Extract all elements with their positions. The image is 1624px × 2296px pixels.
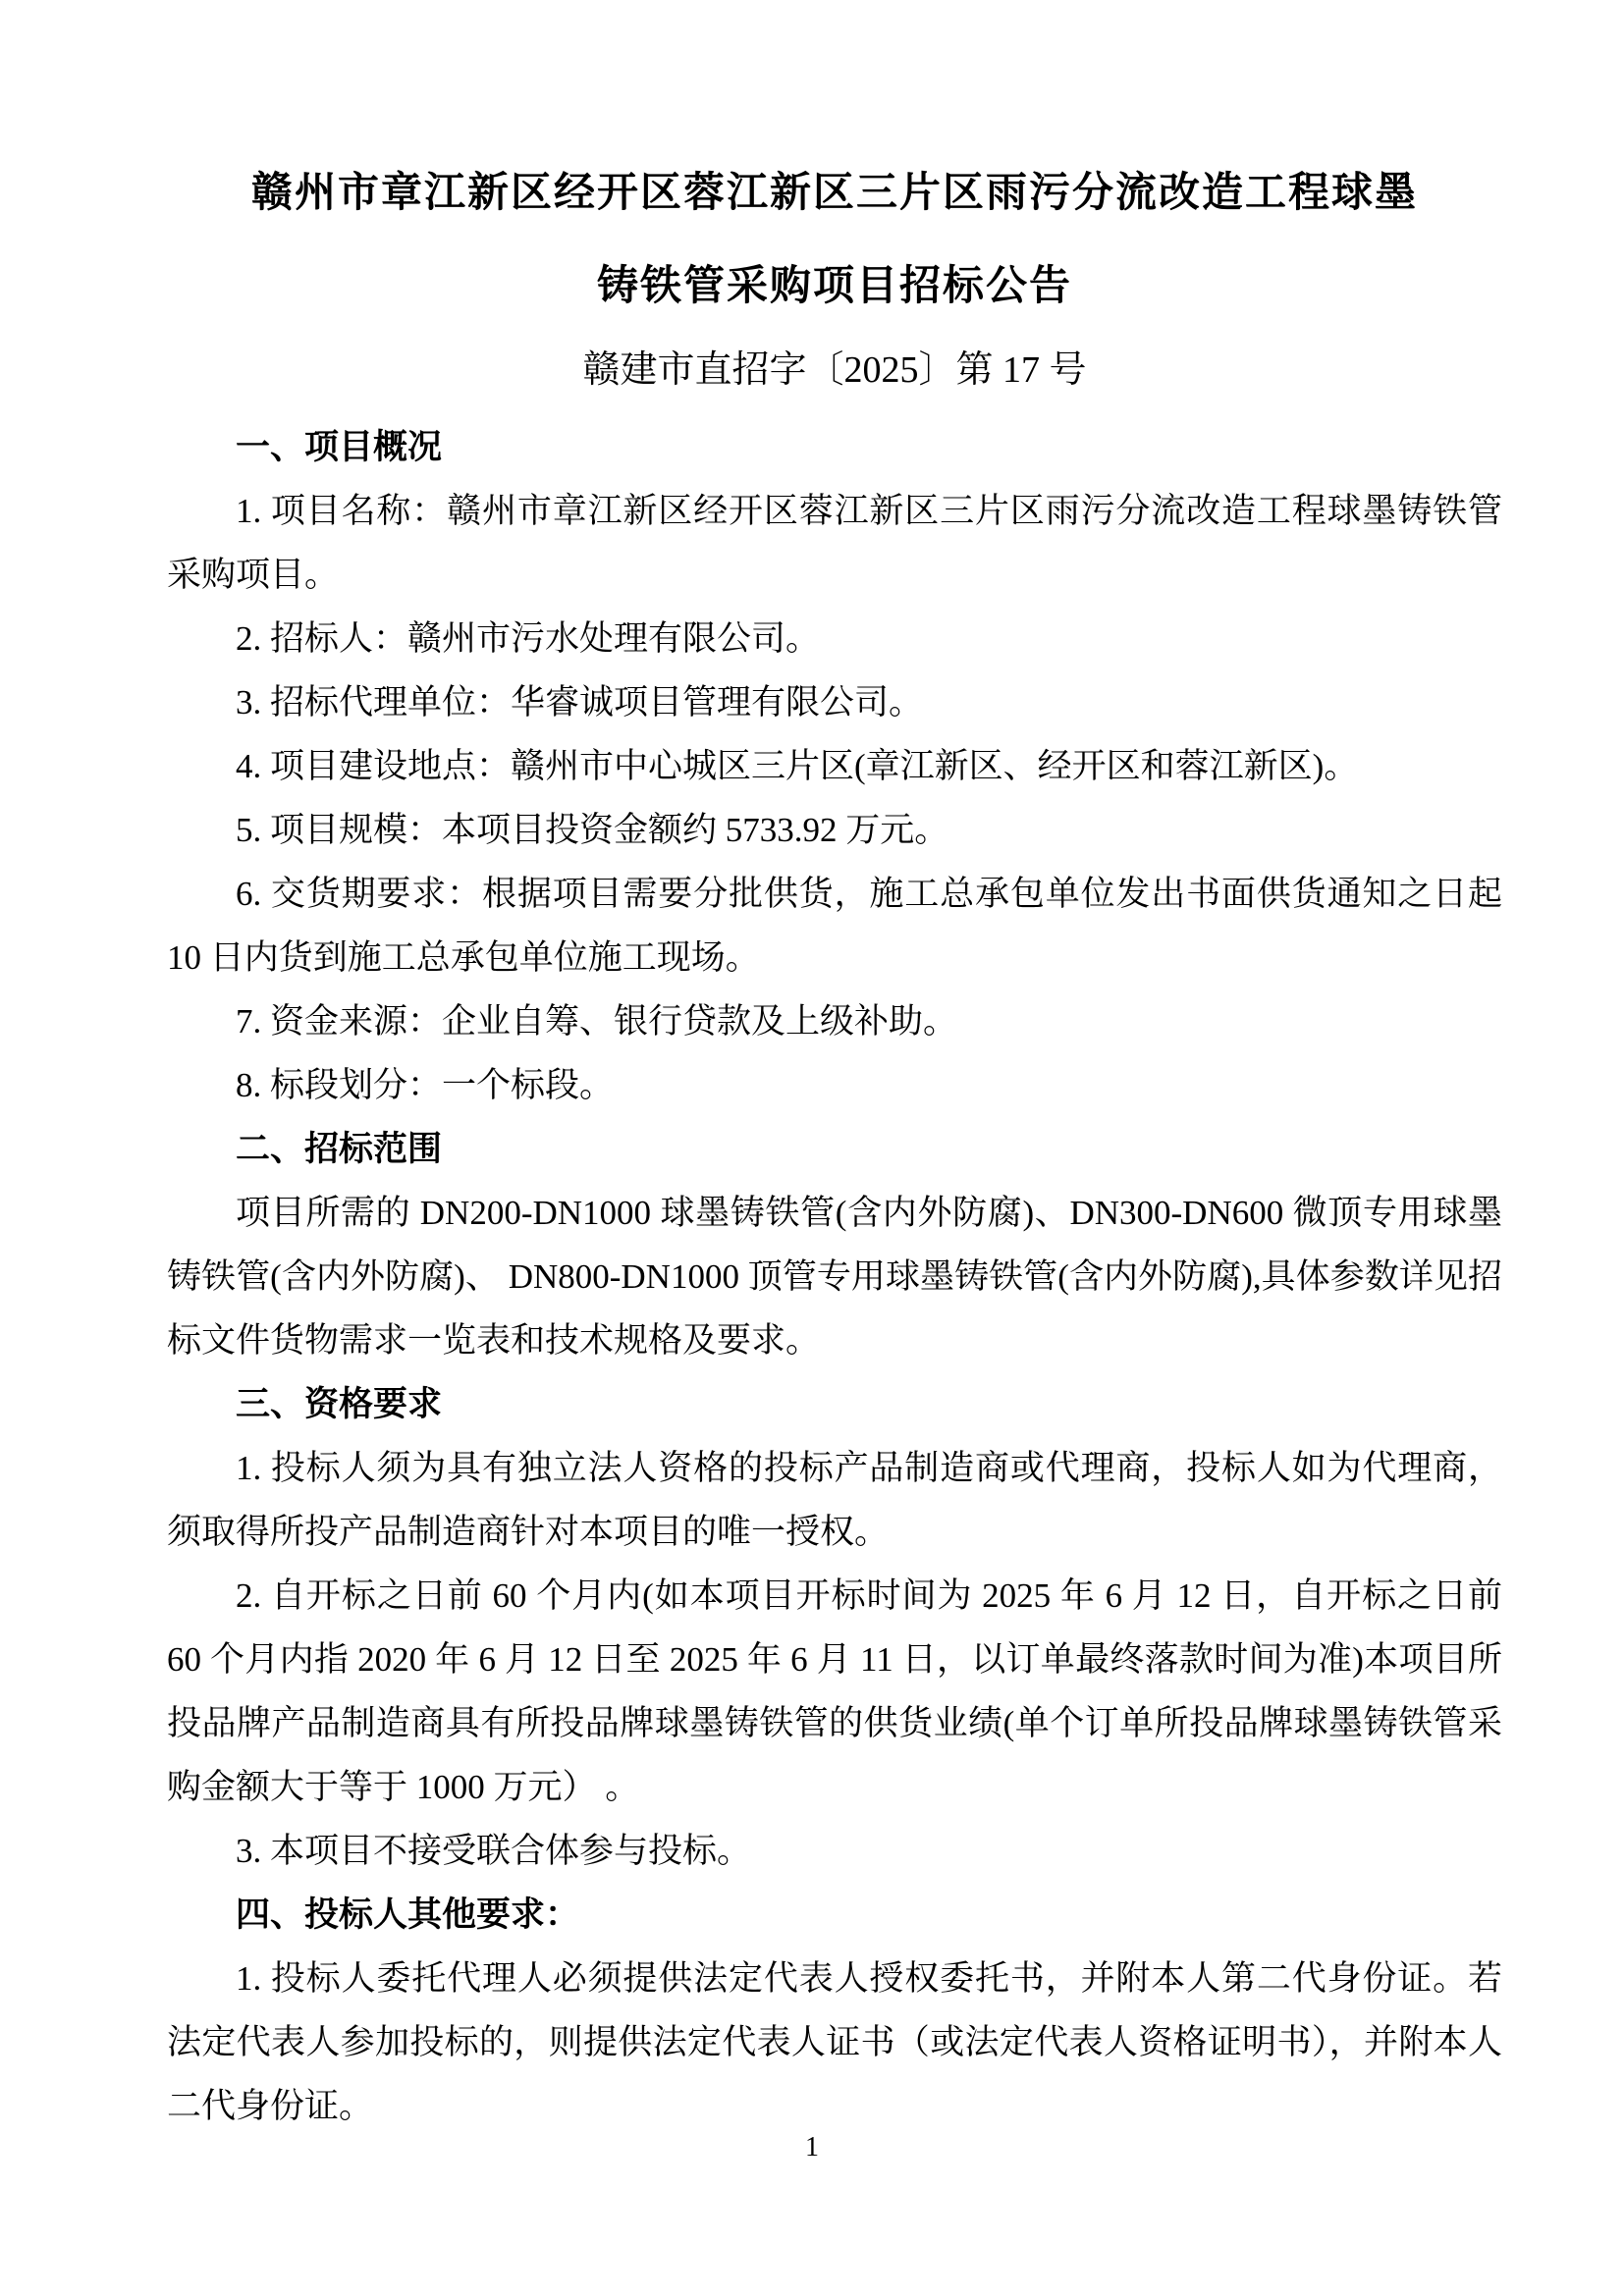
section-heading-qualification-requirements: 三、资格要求: [167, 1372, 1502, 1436]
paragraph: 3. 本项目不接受联合体参与投标。: [167, 1819, 1502, 1883]
document-body: 一、项目概况 1. 项目名称：赣州市章江新区经开区蓉江新区三片区雨污分流改造工程…: [167, 415, 1502, 2138]
document-number: 赣建市直招字〔2025〕第 17 号: [167, 339, 1502, 402]
document-title: 赣州市章江新区经开区蓉江新区三片区雨污分流改造工程球墨 铸铁管采购项目招标公告: [167, 147, 1502, 334]
paragraph: 4. 项目建设地点：赣州市中心城区三片区(章江新区、经开区和蓉江新区)。: [167, 734, 1502, 798]
document-title-line-1: 赣州市章江新区经开区蓉江新区三片区雨污分流改造工程球墨: [167, 147, 1502, 240]
document-page: 赣州市章江新区经开区蓉江新区三片区雨污分流改造工程球墨 铸铁管采购项目招标公告 …: [0, 0, 1624, 2296]
document-content: 赣州市章江新区经开区蓉江新区三片区雨污分流改造工程球墨 铸铁管采购项目招标公告 …: [167, 0, 1502, 2138]
document-title-line-2: 铸铁管采购项目招标公告: [167, 240, 1502, 334]
section-heading-other-bidder-requirements: 四、投标人其他要求：: [167, 1883, 1502, 1947]
paragraph: 1. 投标人委托代理人必须提供法定代表人授权委托书，并附本人第二代身份证。若法定…: [167, 1947, 1502, 2138]
paragraph: 3. 招标代理单位：华睿诚项目管理有限公司。: [167, 670, 1502, 734]
paragraph: 项目所需的 DN200-DN1000 球墨铸铁管(含内外防腐)、DN300-DN…: [167, 1181, 1502, 1372]
paragraph: 5. 项目规模：本项目投资金额约 5733.92 万元。: [167, 798, 1502, 862]
paragraph: 1. 投标人须为具有独立法人资格的投标产品制造商或代理商，投标人如为代理商，须取…: [167, 1436, 1502, 1564]
paragraph: 2. 自开标之日前 60 个月内(如本项目开标时间为 2025 年 6 月 12…: [167, 1564, 1502, 1819]
paragraph: 8. 标段划分：一个标段。: [167, 1053, 1502, 1117]
paragraph: 2. 招标人：赣州市污水处理有限公司。: [167, 607, 1502, 670]
paragraph: 1. 项目名称：赣州市章江新区经开区蓉江新区三片区雨污分流改造工程球墨铸铁管采购…: [167, 479, 1502, 607]
paragraph: 7. 资金来源：企业自筹、银行贷款及上级补助。: [167, 989, 1502, 1053]
page-number: 1: [0, 2132, 1624, 2163]
paragraph: 6. 交货期要求：根据项目需要分批供货，施工总承包单位发出书面供货通知之日起 1…: [167, 862, 1502, 989]
section-heading-project-overview: 一、项目概况: [167, 415, 1502, 479]
section-heading-bid-scope: 二、招标范围: [167, 1117, 1502, 1181]
